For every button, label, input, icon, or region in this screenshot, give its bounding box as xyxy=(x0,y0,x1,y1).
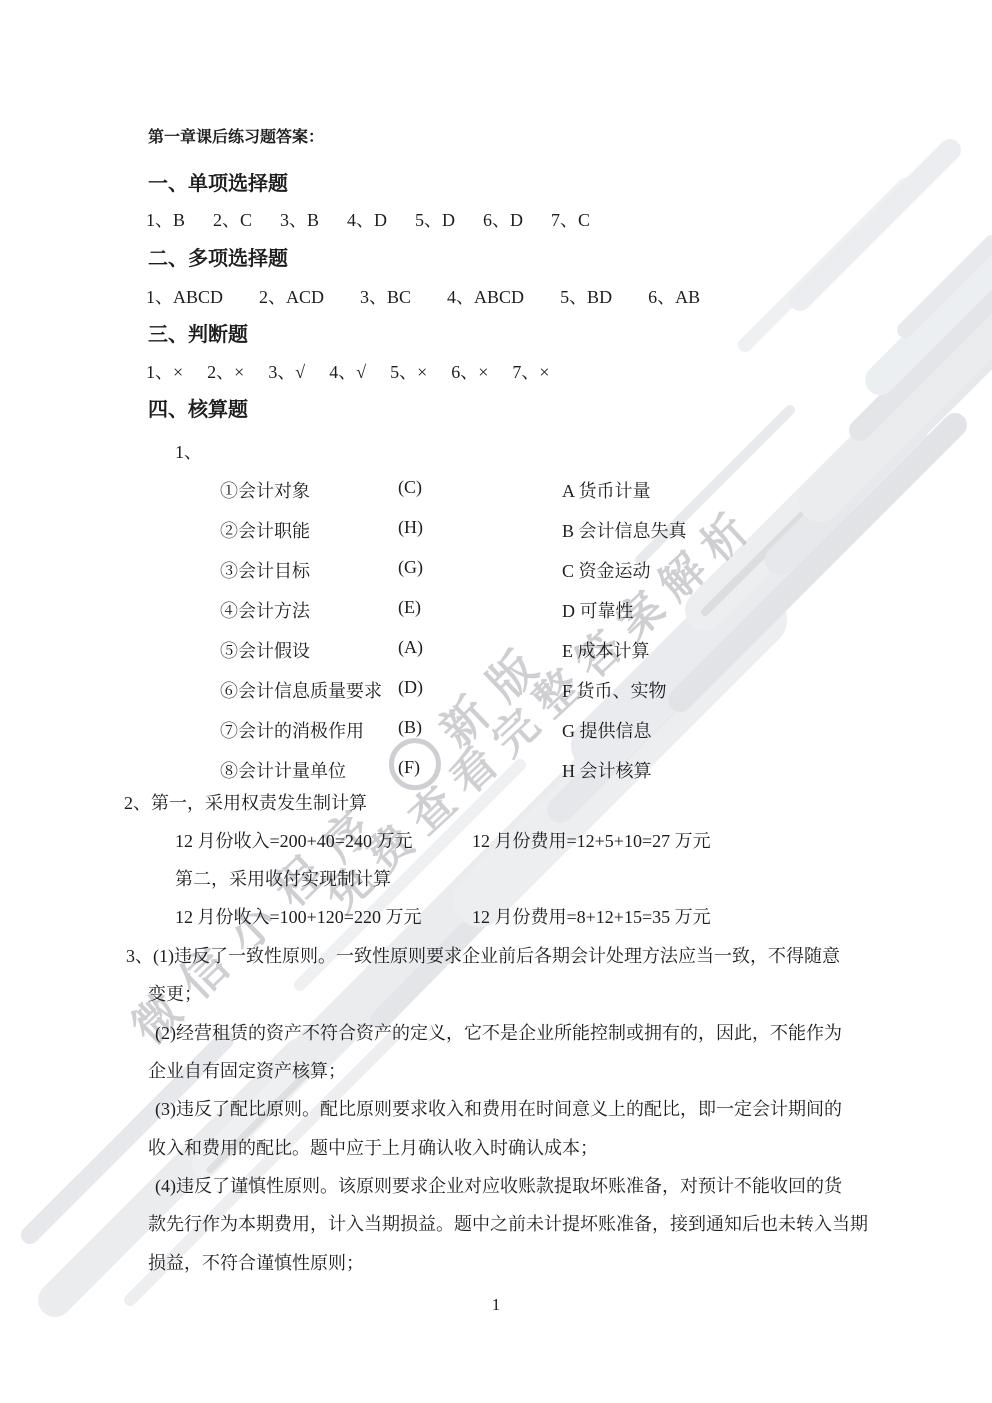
matching-row: ①会计对象 (C) A 货币计量 xyxy=(220,477,310,503)
answer-item: 5、BD xyxy=(560,286,612,309)
answer-item: 3、BC xyxy=(360,286,411,309)
question-3-line: 款先行作为本期费用，计入当期损益。题中之前未计提坏账准备，接到通知后也未转入当期 xyxy=(148,1213,868,1236)
answer-item: 4、√ xyxy=(329,361,366,384)
matching-option: C 资金运动 xyxy=(562,557,651,583)
answer-item: 1、× xyxy=(146,361,183,384)
question-3-line: 损益，不符合谨慎性原则； xyxy=(148,1252,364,1275)
answer-item: 5、D xyxy=(415,209,455,232)
question-3-line: 收入和费用的配比。题中应于上月确认收入时确认成本； xyxy=(148,1137,598,1160)
matching-option: H 会计核算 xyxy=(562,757,652,783)
question-3-line: (2)经营租赁的资产不符合资产的定义，它不是企业所能控制或拥有的，因此，不能作为 xyxy=(155,1022,842,1045)
matching-answer: (G) xyxy=(398,557,423,578)
matching-answer: (A) xyxy=(398,637,423,658)
question-3-line: 企业自有固定资产核算； xyxy=(148,1060,346,1083)
question-2-method-1: 2、第一，采用权责发生制计算 xyxy=(124,792,367,815)
answer-item: 2、× xyxy=(207,361,244,384)
answers-true-false: 1、× 2、× 3、√ 4、√ 5、× 6、× 7、× xyxy=(146,361,550,384)
document-page: 微信小程序新版 免费查看完整答案解析 第一章课后练习题答案： 一、单项选择题 1… xyxy=(0,0,992,1403)
answer-item: 6、AB xyxy=(648,286,700,309)
question-1-label: 1、 xyxy=(175,441,202,464)
answer-item: 6、× xyxy=(451,361,488,384)
matching-row: ⑤会计假设 (A) E 成本计算 xyxy=(220,637,310,663)
calc-income: 12 月份收入=100+120=220 万元 xyxy=(175,907,421,927)
answer-item: 3、B xyxy=(280,209,319,232)
answer-item: 4、D xyxy=(347,209,387,232)
question-3-line: (3)违反了配比原则。配比原则要求收入和费用在时间意义上的配比，即一定会计期间的 xyxy=(155,1098,842,1121)
matching-answer: (H) xyxy=(398,517,423,538)
matching-item: ⑤会计假设 xyxy=(220,641,310,661)
answer-item: 1、ABCD xyxy=(146,286,223,309)
answer-item: 5、× xyxy=(390,361,427,384)
answer-item: 7、C xyxy=(551,209,590,232)
matching-option: B 会计信息失真 xyxy=(562,517,687,543)
matching-option: D 可靠性 xyxy=(562,597,634,623)
answer-item: 2、ACD xyxy=(259,286,324,309)
answers-multi-choice: 1、ABCD 2、ACD 3、BC 4、ABCD 5、BD 6、AB xyxy=(146,286,700,309)
matching-row: ⑧会计计量单位 (F) H 会计核算 xyxy=(220,757,346,783)
section-heading-single-choice: 一、单项选择题 xyxy=(148,172,288,197)
answer-item: 2、C xyxy=(213,209,252,232)
matching-item: ⑧会计计量单位 xyxy=(220,761,346,781)
matching-item: ⑦会计的消极作用 xyxy=(220,721,364,741)
matching-item: ③会计目标 xyxy=(220,561,310,581)
matching-item: ②会计职能 xyxy=(220,521,310,541)
matching-option: F 货币、实物 xyxy=(562,677,667,703)
matching-answer: (F) xyxy=(398,757,420,778)
matching-answer: (B) xyxy=(398,717,422,738)
section-heading-accounting: 四、核算题 xyxy=(148,398,248,423)
matching-row: ⑥会计信息质量要求 (D) F 货币、实物 xyxy=(220,677,382,703)
section-heading-multi-choice: 二、多项选择题 xyxy=(148,247,288,272)
answer-item: 3、√ xyxy=(268,361,305,384)
matching-row: ③会计目标 (G) C 资金运动 xyxy=(220,557,310,583)
answer-item: 4、ABCD xyxy=(447,286,524,309)
matching-row: ⑦会计的消极作用 (B) G 提供信息 xyxy=(220,717,364,743)
matching-row: ④会计方法 (E) D 可靠性 xyxy=(220,597,310,623)
answer-item: 6、D xyxy=(483,209,523,232)
calc-expense: 12 月份费用=12+5+10=27 万元 xyxy=(472,830,711,853)
matching-item: ④会计方法 xyxy=(220,601,310,621)
document-title: 第一章课后练习题答案： xyxy=(148,128,324,148)
question-2-calc-row-2: 12 月份收入=100+120=220 万元 12 月份费用=8+12+15=3… xyxy=(175,906,421,929)
question-2-method-2: 第二，采用收付实现制计算 xyxy=(175,868,391,891)
answer-item: 7、× xyxy=(512,361,549,384)
matching-item: ①会计对象 xyxy=(220,481,310,501)
calc-expense: 12 月份费用=8+12+15=35 万元 xyxy=(472,906,711,929)
answer-item: 1、B xyxy=(146,209,185,232)
page-number: 1 xyxy=(0,1294,992,1315)
matching-answer: (E) xyxy=(398,597,421,618)
matching-answer: (D) xyxy=(398,677,423,698)
matching-answer: (C) xyxy=(398,477,422,498)
section-heading-true-false: 三、判断题 xyxy=(148,323,248,348)
matching-item: ⑥会计信息质量要求 xyxy=(220,681,382,701)
question-3-line: 变更； xyxy=(148,983,202,1006)
matching-option: E 成本计算 xyxy=(562,637,650,663)
matching-option: G 提供信息 xyxy=(562,717,652,743)
matching-option: A 货币计量 xyxy=(562,477,651,503)
question-3-line: (4)违反了谨慎性原则。该原则要求企业对应收账款提取坏账准备，对预计不能收回的货 xyxy=(155,1175,842,1198)
matching-row: ②会计职能 (H) B 会计信息失真 xyxy=(220,517,310,543)
question-3-line: 3、(1)违反了一致性原则。一致性原则要求企业前后各期会计处理方法应当一致，不得… xyxy=(126,945,840,968)
calc-income: 12 月份收入=200+40=240 万元 xyxy=(175,831,412,851)
question-2-calc-row-1: 12 月份收入=200+40=240 万元 12 月份费用=12+5+10=27… xyxy=(175,830,412,853)
answers-single-choice: 1、B 2、C 3、B 4、D 5、D 6、D 7、C xyxy=(146,209,590,232)
